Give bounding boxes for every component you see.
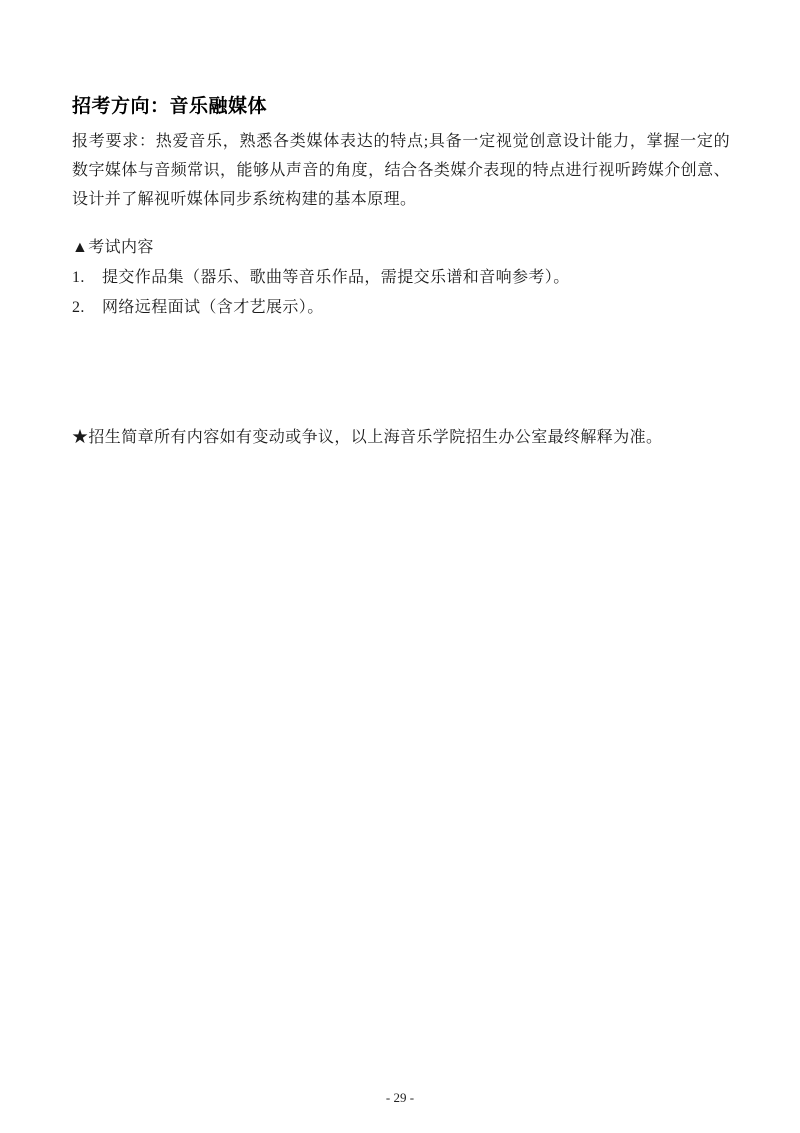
list-item-text: 网络远程面试（含才艺展示）。 (102, 293, 324, 323)
list-item-text: 提交作品集（器乐、歌曲等音乐作品，需提交乐谱和音响参考）。 (102, 263, 570, 293)
page-content: 招考方向：音乐融媒体 报考要求：热爱音乐，熟悉各类媒体表达的特点;具备一定视觉创… (72, 93, 730, 453)
page-number: - 29 - (0, 1090, 800, 1106)
exam-item-list: 1. 提交作品集（器乐、歌曲等音乐作品，需提交乐谱和音响参考）。 2. 网络远程… (72, 263, 730, 323)
requirements-paragraph: 报考要求：热爱音乐，熟悉各类媒体表达的特点;具备一定视觉创意设计能力，掌握一定的… (72, 127, 730, 214)
list-item: 2. 网络远程面试（含才艺展示）。 (72, 293, 730, 323)
document-page: 招考方向：音乐融媒体 报考要求：热爱音乐，熟悉各类媒体表达的特点;具备一定视觉创… (0, 0, 800, 1133)
list-item-number: 2. (72, 293, 102, 323)
disclaimer-note: ★招生简章所有内容如有变动或争议，以上海音乐学院招生办公室最终解释为准。 (72, 423, 730, 453)
section-heading: 招考方向：音乐融媒体 (72, 93, 730, 121)
list-item-number: 1. (72, 263, 102, 293)
exam-content-title: ▲考试内容 (72, 233, 730, 263)
list-item: 1. 提交作品集（器乐、歌曲等音乐作品，需提交乐谱和音响参考）。 (72, 263, 730, 293)
